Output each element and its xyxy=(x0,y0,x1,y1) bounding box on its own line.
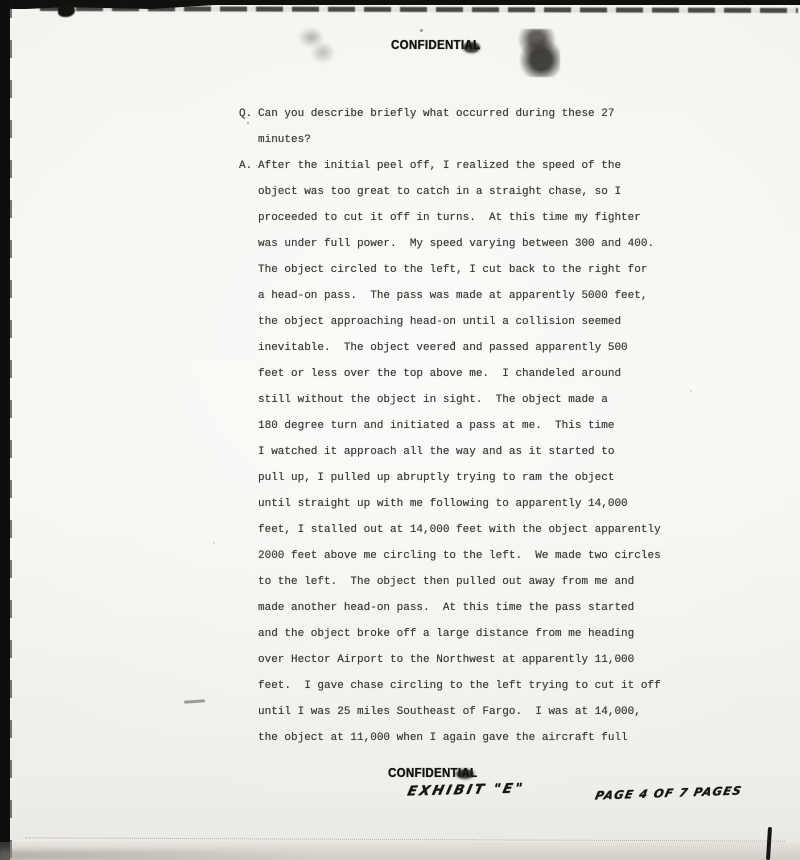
scan-crease-line xyxy=(25,837,785,841)
confidential-stamp-top: CONFIDENTIAL xyxy=(391,37,480,52)
handwritten-exhibit-note: EXHIBIT "E" xyxy=(406,780,526,799)
handwritten-page-number-note: PAGE 4 OF 7 PAGES xyxy=(594,783,744,802)
typed-text-line: Can you describe briefly what occurred d… xyxy=(258,101,678,127)
typed-text-line: to the left. The object then pulled out … xyxy=(258,569,678,595)
typed-text-line: inevitable. The object veered and passed… xyxy=(258,335,678,361)
typed-text-line: made another head-on pass. At this time … xyxy=(258,595,678,621)
typed-text-line: still without the object in sight. The o… xyxy=(258,387,678,413)
typed-text-line: feet or less over the top above me. I ch… xyxy=(258,361,678,387)
typed-text-line: 180 degree turn and initiated a pass at … xyxy=(258,413,678,439)
answer-lines: After the initial peel off, I realized t… xyxy=(258,153,678,751)
handwritten-margin-dash xyxy=(184,699,205,703)
typed-text-line: and the object broke off a large distanc… xyxy=(258,621,678,647)
confidential-stamp-bottom: CONFIDENTIAL xyxy=(388,765,477,780)
paper-speck xyxy=(213,542,215,544)
answer-label: A. xyxy=(239,153,259,179)
scanned-document-page: CONFIDENTIAL CONFIDENTIAL Q. A. Can you … xyxy=(0,0,800,860)
typed-text-line: feet. I gave chase circling to the left … xyxy=(258,673,678,699)
typed-text-line: until I was 25 miles Southeast of Fargo.… xyxy=(258,699,678,725)
typed-text-line: minutes? xyxy=(258,127,678,153)
typed-text-line: until straight up with me following to a… xyxy=(258,491,678,517)
typed-text-line: was under full power. My speed varying b… xyxy=(258,231,678,257)
typed-text-line: a head-on pass. The pass was made at app… xyxy=(258,283,678,309)
question-lines: Can you describe briefly what occurred d… xyxy=(258,101,678,153)
typed-text-line: the object approaching head-on until a c… xyxy=(258,309,678,335)
scan-bottom-smear xyxy=(0,850,320,860)
typed-text-line: 2000 feet above me circling to the left.… xyxy=(258,543,678,569)
typed-text-line: I watched it approach all the way and as… xyxy=(258,439,678,465)
question-label: Q. xyxy=(239,101,259,127)
typed-text-line: pull up, I pulled up abruptly trying to … xyxy=(258,465,678,491)
pencil-smudge-mark xyxy=(293,24,341,66)
ink-thumbprint-blob xyxy=(518,29,560,77)
scan-edge-left xyxy=(0,0,10,860)
paper-speck xyxy=(420,29,423,32)
scan-edge-top-jagged-line xyxy=(40,6,798,13)
typed-text-line: feet, I stalled out at 14,000 feet with … xyxy=(258,517,678,543)
scan-artifact-blob xyxy=(58,4,75,17)
typed-text-line: object was too great to catch in a strai… xyxy=(258,179,678,205)
typed-text-line: After the initial peel off, I realized t… xyxy=(258,153,678,179)
typed-text-line: the object at 11,000 when I again gave t… xyxy=(258,725,678,751)
typed-text-block: Can you describe briefly what occurred d… xyxy=(258,101,678,751)
typed-text-line: over Hector Airport to the Northwest at … xyxy=(258,647,678,673)
typed-text-line: proceeded to cut it off in turns. At thi… xyxy=(258,205,678,231)
typed-text-line: The object circled to the left, I cut ba… xyxy=(258,257,678,283)
paper-speck xyxy=(690,390,692,392)
